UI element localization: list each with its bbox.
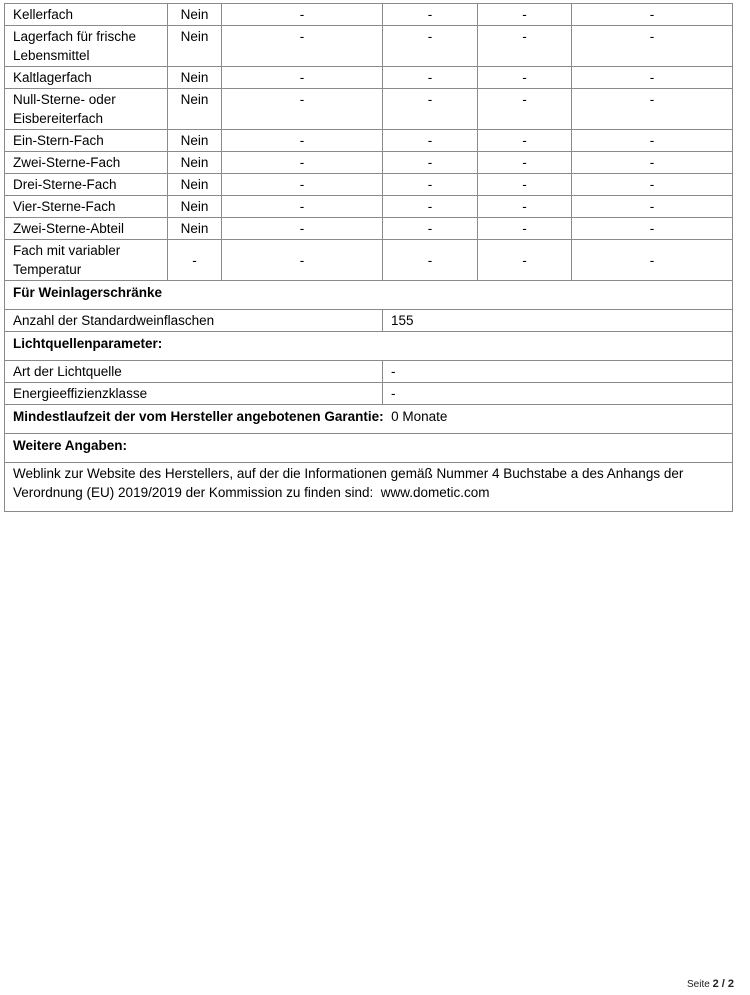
compartment-value-4: - bbox=[572, 4, 733, 26]
compartment-value-1: - bbox=[222, 240, 383, 281]
light-type-value: - bbox=[383, 361, 733, 383]
compartment-value-2: - bbox=[383, 67, 478, 89]
compartment-name: Kellerfach bbox=[5, 4, 168, 26]
compartment-value-1: - bbox=[222, 26, 383, 67]
warranty-row: Mindestlaufzeit der vom Hersteller angeb… bbox=[5, 405, 733, 434]
light-heading: Lichtquellenparameter: bbox=[5, 332, 733, 361]
light-class-value: - bbox=[383, 383, 733, 405]
compartment-value-4: - bbox=[572, 152, 733, 174]
compartment-value-2: - bbox=[383, 26, 478, 67]
compartment-value-1: - bbox=[222, 174, 383, 196]
compartment-name: Zwei-Sterne-Fach bbox=[5, 152, 168, 174]
compartment-value-3: - bbox=[478, 174, 572, 196]
compartment-value-3: - bbox=[478, 218, 572, 240]
compartment-value-1: - bbox=[222, 67, 383, 89]
further-heading: Weitere Angaben: bbox=[5, 434, 733, 463]
light-class-row: Energieeffizienzklasse - bbox=[5, 383, 733, 405]
compartment-value-1: - bbox=[222, 152, 383, 174]
compartment-present: Nein bbox=[168, 26, 222, 67]
compartment-present: - bbox=[168, 240, 222, 281]
compartment-present: Nein bbox=[168, 152, 222, 174]
compartment-present: Nein bbox=[168, 130, 222, 152]
compartment-value-4: - bbox=[572, 240, 733, 281]
compartment-value-3: - bbox=[478, 130, 572, 152]
compartment-value-2: - bbox=[383, 130, 478, 152]
warranty-cell: Mindestlaufzeit der vom Hersteller angeb… bbox=[5, 405, 733, 434]
compartment-value-1: - bbox=[222, 196, 383, 218]
page-number: 2 / 2 bbox=[713, 978, 734, 990]
page-footer: Seite 2 / 2 bbox=[687, 978, 734, 990]
compartment-table: KellerfachNein----Lagerfach für frische … bbox=[4, 3, 733, 512]
compartment-value-4: - bbox=[572, 196, 733, 218]
compartment-value-2: - bbox=[383, 218, 478, 240]
compartment-present: Nein bbox=[168, 89, 222, 130]
compartment-value-1: - bbox=[222, 89, 383, 130]
wine-heading: Für Weinlagerschränke bbox=[5, 281, 733, 310]
compartment-value-3: - bbox=[478, 152, 572, 174]
manufacturer-link[interactable]: www.dometic.com bbox=[381, 485, 490, 500]
compartment-value-3: - bbox=[478, 26, 572, 67]
compartment-name: Kaltlagerfach bbox=[5, 67, 168, 89]
compartment-present: Nein bbox=[168, 4, 222, 26]
compartment-value-1: - bbox=[222, 130, 383, 152]
wine-bottles-value: 155 bbox=[383, 310, 733, 332]
compartment-value-2: - bbox=[383, 152, 478, 174]
compartment-value-4: - bbox=[572, 26, 733, 67]
weblink-cell: Weblink zur Website des Herstellers, auf… bbox=[5, 463, 733, 512]
compartment-value-4: - bbox=[572, 89, 733, 130]
compartment-row: Drei-Sterne-FachNein---- bbox=[5, 174, 733, 196]
compartment-value-4: - bbox=[572, 174, 733, 196]
page-label: Seite bbox=[687, 979, 710, 990]
wine-bottles-label: Anzahl der Standardweinflaschen bbox=[5, 310, 383, 332]
compartment-present: Nein bbox=[168, 218, 222, 240]
light-type-label: Art der Lichtquelle bbox=[5, 361, 383, 383]
light-type-row: Art der Lichtquelle - bbox=[5, 361, 733, 383]
compartment-name: Zwei-Sterne-Abteil bbox=[5, 218, 168, 240]
compartment-name: Fach mit variabler Temperatur bbox=[5, 240, 168, 281]
compartment-row: KellerfachNein---- bbox=[5, 4, 733, 26]
compartment-value-4: - bbox=[572, 218, 733, 240]
further-section-header: Weitere Angaben: bbox=[5, 434, 733, 463]
compartment-value-3: - bbox=[478, 67, 572, 89]
compartment-value-3: - bbox=[478, 240, 572, 281]
warranty-value: 0 Monate bbox=[391, 409, 447, 424]
compartment-name: Lagerfach für frische Lebensmittel bbox=[5, 26, 168, 67]
weblink-row: Weblink zur Website des Herstellers, auf… bbox=[5, 463, 733, 512]
compartment-value-3: - bbox=[478, 4, 572, 26]
compartment-row: Null-Sterne- oder EisbereiterfachNein---… bbox=[5, 89, 733, 130]
compartment-row: Ein-Stern-FachNein---- bbox=[5, 130, 733, 152]
light-class-label: Energieeffizienzklasse bbox=[5, 383, 383, 405]
wine-section-header: Für Weinlagerschränke bbox=[5, 281, 733, 310]
warranty-label: Mindestlaufzeit der vom Hersteller angeb… bbox=[13, 409, 384, 424]
compartment-row: Zwei-Sterne-AbteilNein---- bbox=[5, 218, 733, 240]
compartment-value-3: - bbox=[478, 196, 572, 218]
compartment-present: Nein bbox=[168, 67, 222, 89]
compartment-value-3: - bbox=[478, 89, 572, 130]
compartment-row: Fach mit variabler Temperatur----- bbox=[5, 240, 733, 281]
compartment-value-2: - bbox=[383, 4, 478, 26]
light-section-header: Lichtquellenparameter: bbox=[5, 332, 733, 361]
compartment-value-4: - bbox=[572, 67, 733, 89]
document-page: KellerfachNein----Lagerfach für frische … bbox=[4, 3, 732, 512]
compartment-row: Vier-Sterne-FachNein---- bbox=[5, 196, 733, 218]
compartment-present: Nein bbox=[168, 196, 222, 218]
compartment-value-1: - bbox=[222, 4, 383, 26]
compartment-present: Nein bbox=[168, 174, 222, 196]
compartment-name: Null-Sterne- oder Eisbereiterfach bbox=[5, 89, 168, 130]
compartment-name: Drei-Sterne-Fach bbox=[5, 174, 168, 196]
compartment-name: Ein-Stern-Fach bbox=[5, 130, 168, 152]
compartment-value-1: - bbox=[222, 218, 383, 240]
compartment-value-2: - bbox=[383, 174, 478, 196]
compartment-row: Zwei-Sterne-FachNein---- bbox=[5, 152, 733, 174]
wine-bottles-row: Anzahl der Standardweinflaschen 155 bbox=[5, 310, 733, 332]
compartment-value-2: - bbox=[383, 89, 478, 130]
compartment-value-2: - bbox=[383, 240, 478, 281]
compartment-value-2: - bbox=[383, 196, 478, 218]
compartment-row: Lagerfach für frische LebensmittelNein--… bbox=[5, 26, 733, 67]
weblink-text: Weblink zur Website des Herstellers, auf… bbox=[13, 466, 683, 500]
compartment-value-4: - bbox=[572, 130, 733, 152]
compartment-name: Vier-Sterne-Fach bbox=[5, 196, 168, 218]
compartment-row: KaltlagerfachNein---- bbox=[5, 67, 733, 89]
